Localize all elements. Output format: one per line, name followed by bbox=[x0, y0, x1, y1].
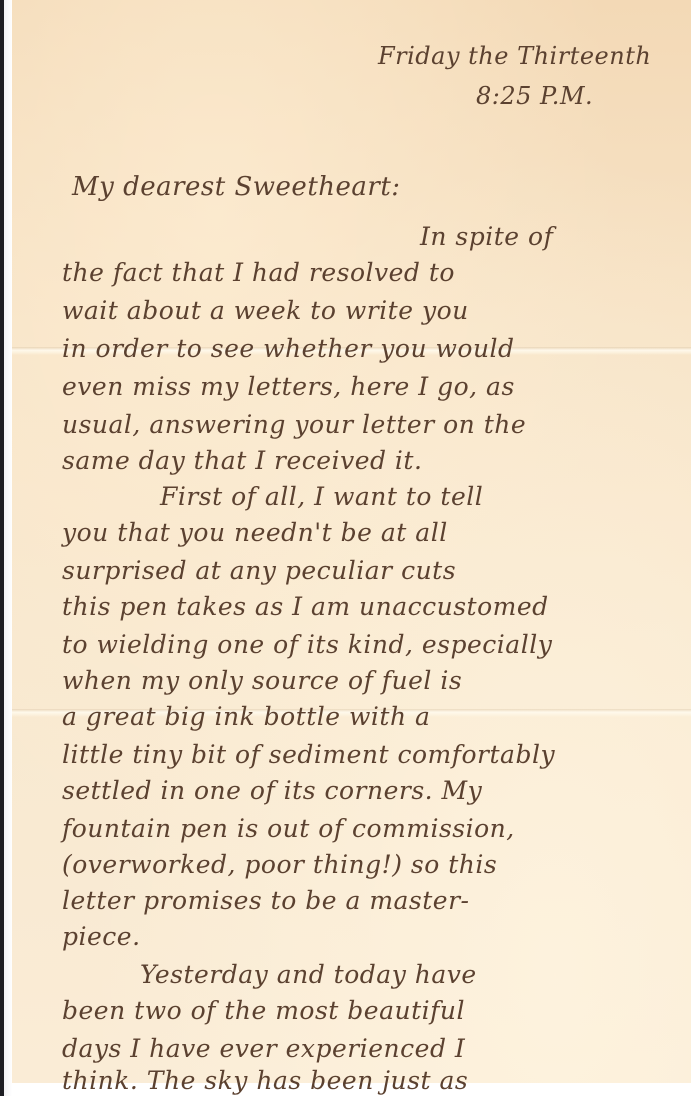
body-line: been two of the most beautiful bbox=[62, 996, 465, 1025]
body-line: wait about a week to write you bbox=[62, 296, 469, 325]
body-line: (overworked, poor thing!) so this bbox=[62, 850, 497, 879]
body-line: in order to see whether you would bbox=[62, 334, 515, 363]
scan-margin bbox=[4, 0, 12, 1096]
body-line: little tiny bit of sediment comfortably bbox=[62, 740, 555, 769]
body-line: settled in one of its corners. My bbox=[62, 776, 482, 805]
body-line: In spite of bbox=[420, 222, 553, 251]
time-line: 8:25 P.M. bbox=[476, 82, 593, 110]
body-line: when my only source of fuel is bbox=[62, 666, 462, 695]
body-line: a great big ink bottle with a bbox=[62, 702, 430, 731]
body-line: Yesterday and today have bbox=[140, 960, 477, 989]
body-line: letter promises to be a master- bbox=[62, 886, 470, 915]
body-line: piece. bbox=[62, 922, 141, 951]
body-line: surprised at any peculiar cuts bbox=[62, 556, 456, 585]
body-line: usual, answering your letter on the bbox=[62, 410, 526, 439]
body-line: the fact that I had resolved to bbox=[62, 258, 455, 287]
body-line: First of all, I want to tell bbox=[160, 482, 483, 511]
body-line: fountain pen is out of commission, bbox=[62, 814, 515, 843]
body-line: days I have ever experienced I bbox=[62, 1034, 465, 1063]
date-line: Friday the Thirteenth bbox=[378, 42, 651, 70]
body-line: this pen takes as I am unaccustomed bbox=[62, 592, 549, 621]
body-line: to wielding one of its kind, especially bbox=[62, 630, 552, 659]
salutation: My dearest Sweetheart: bbox=[72, 172, 401, 202]
body-line: you that you needn't be at all bbox=[62, 518, 448, 547]
body-line: same day that I received it. bbox=[62, 446, 422, 475]
body-line: even miss my letters, here I go, as bbox=[62, 372, 515, 401]
body-line: think. The sky has been just as bbox=[62, 1066, 468, 1095]
